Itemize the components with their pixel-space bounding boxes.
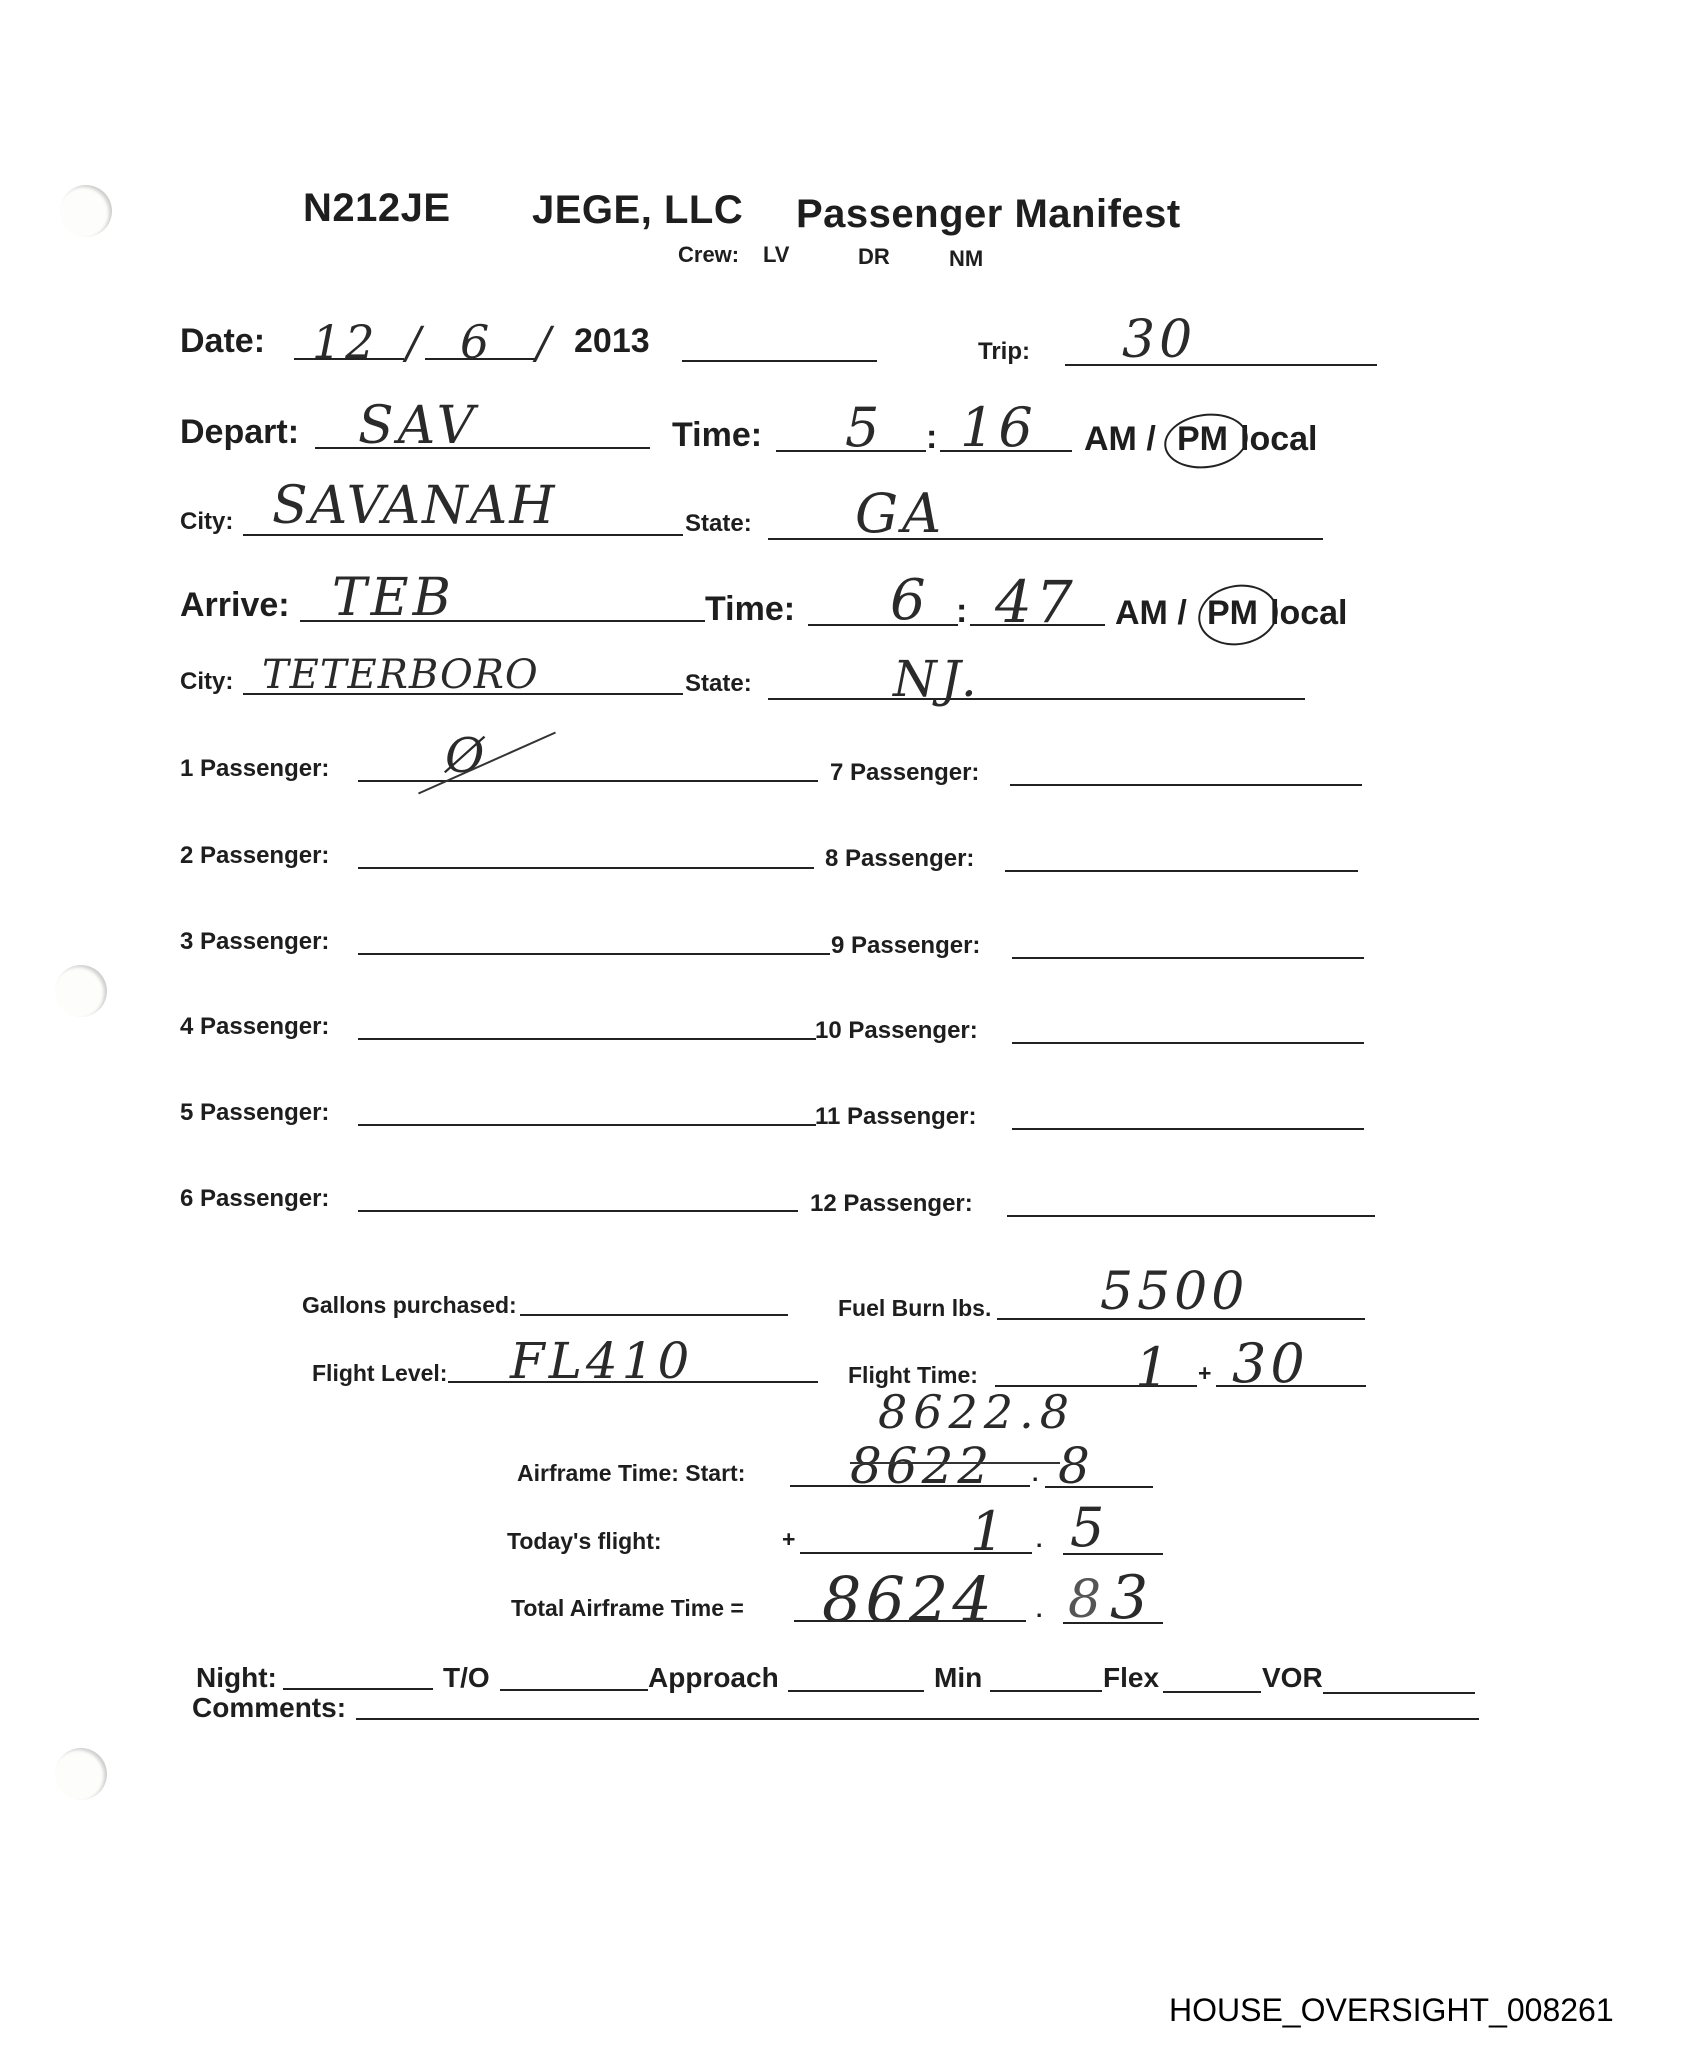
comments-field[interactable] <box>356 1718 1479 1720</box>
takeoff-field[interactable] <box>500 1689 648 1691</box>
gallons-purchased-label: Gallons purchased: <box>302 1292 517 1319</box>
passenger-11-field[interactable] <box>1012 1128 1364 1130</box>
trip-value: 30 <box>1122 310 1196 370</box>
depart-state-value: GA <box>855 482 945 545</box>
depart-am-option[interactable]: AM / <box>1084 420 1156 459</box>
form-title: Passenger Manifest <box>796 192 1181 237</box>
passenger-11-label: 11 Passenger: <box>815 1103 976 1131</box>
passenger-7-label: 7 Passenger: <box>830 759 979 787</box>
hole-punch-bottom <box>55 1748 107 1800</box>
todays-flight-label: Today's flight: <box>507 1528 662 1555</box>
passenger-9-field[interactable] <box>1012 957 1364 959</box>
crew-member-3: NM <box>949 246 983 272</box>
arrive-am-option[interactable]: AM / <box>1115 594 1187 633</box>
airframe-start-label: Airframe Time: Start: <box>517 1460 745 1487</box>
arrive-time-colon: : <box>956 592 967 631</box>
todays-flight-decimal-value: 5 <box>1070 1496 1108 1559</box>
date-separator-1: / <box>406 318 425 369</box>
approach-field[interactable] <box>788 1690 924 1692</box>
date-day-value: 6 <box>460 315 493 369</box>
airframe-start-whole-value: 8622 <box>850 1437 993 1495</box>
total-airframe-decimal-struck: 8 <box>1068 1570 1105 1630</box>
flight-time-hours-value: 1 <box>1135 1336 1173 1399</box>
passenger-9-label: 9 Passenger: <box>831 932 980 960</box>
passenger-1-label: 1 Passenger: <box>180 755 329 783</box>
airframe-start-dot: . <box>1032 1460 1038 1487</box>
company-name: JEGE, LLC <box>532 188 743 233</box>
depart-state-field[interactable] <box>768 538 1323 540</box>
arrive-time-label: Time: <box>705 590 795 629</box>
gallons-purchased-field[interactable] <box>520 1314 788 1316</box>
arrive-hour-field[interactable] <box>808 624 958 626</box>
total-airframe-label: Total Airframe Time = <box>511 1595 744 1622</box>
depart-pm-selected-circle <box>1161 408 1252 473</box>
arrive-city-label: City: <box>180 668 233 696</box>
arrive-city-value: TETERBORO <box>262 652 539 698</box>
passenger-1-field[interactable] <box>358 780 818 782</box>
night-label: Night: <box>196 1662 277 1694</box>
date-year-field[interactable] <box>682 360 877 362</box>
comments-label: Comments: <box>192 1692 346 1724</box>
passenger-1-value: Ø <box>445 728 488 784</box>
takeoff-label: T/O <box>443 1662 490 1694</box>
passenger-7-field[interactable] <box>1010 784 1362 786</box>
depart-minute-value: 16 <box>960 396 1037 459</box>
depart-local-label: local <box>1240 420 1317 459</box>
vor-field[interactable] <box>1323 1692 1475 1694</box>
passenger-8-label: 8 Passenger: <box>825 845 974 873</box>
arrive-state-field[interactable] <box>768 698 1305 700</box>
arrive-state-label: State: <box>685 670 752 698</box>
depart-time-colon: : <box>926 418 937 457</box>
passenger-12-label: 12 Passenger: <box>810 1190 973 1218</box>
total-airframe-decimal-value: 3 <box>1110 1563 1152 1633</box>
flight-level-label: Flight Level: <box>312 1360 447 1387</box>
passenger-10-label: 10 Passenger: <box>815 1017 978 1045</box>
trip-label: Trip: <box>978 338 1030 366</box>
flight-time-minutes-value: 30 <box>1232 1332 1309 1395</box>
total-airframe-dot: . <box>1036 1596 1042 1623</box>
vor-label: VOR <box>1262 1662 1323 1694</box>
fuel-burn-value: 5500 <box>1100 1262 1248 1322</box>
passenger-6-label: 6 Passenger: <box>180 1185 329 1213</box>
airframe-start-strikethrough <box>850 1462 1060 1464</box>
crew-member-1: LV <box>763 242 789 268</box>
depart-code-value: SAV <box>358 396 478 456</box>
hole-punch-middle <box>55 965 107 1017</box>
flex-field[interactable] <box>1163 1691 1261 1693</box>
airframe-start-correction: 8622.8 <box>878 1385 1075 1439</box>
fuel-burn-label: Fuel Burn lbs. <box>838 1295 991 1322</box>
passenger-8-field[interactable] <box>1005 870 1358 872</box>
min-label: Min <box>934 1662 982 1694</box>
passenger-4-field[interactable] <box>358 1038 816 1040</box>
date-year: 2013 <box>574 322 650 361</box>
total-airframe-whole-value: 8624 <box>822 1563 996 1636</box>
passenger-2-field[interactable] <box>358 867 814 869</box>
arrive-label: Arrive: <box>180 586 290 625</box>
depart-city-label: City: <box>180 508 233 536</box>
depart-time-label: Time: <box>672 416 762 455</box>
arrive-local-label: local <box>1270 594 1347 633</box>
crew-member-2: DR <box>858 244 890 270</box>
passenger-3-label: 3 Passenger: <box>180 928 329 956</box>
passenger-4-label: 4 Passenger: <box>180 1013 329 1041</box>
crew-label: Crew: <box>678 242 739 268</box>
passenger-10-field[interactable] <box>1012 1042 1364 1044</box>
flight-level-value: FL410 <box>510 1332 693 1390</box>
passenger-5-field[interactable] <box>358 1124 816 1126</box>
min-field[interactable] <box>990 1690 1102 1692</box>
todays-flight-plus: + <box>782 1526 795 1553</box>
arrive-state-value: NJ. <box>893 650 981 708</box>
arrive-minute-value: 47 <box>995 568 1077 636</box>
passenger-12-field[interactable] <box>1007 1215 1375 1217</box>
passenger-2-label: 2 Passenger: <box>180 842 329 870</box>
arrive-code-value: TEB <box>332 568 455 628</box>
hole-punch-top <box>60 185 112 237</box>
night-field[interactable] <box>283 1688 433 1690</box>
trip-field[interactable] <box>1065 364 1377 366</box>
tail-number: N212JE <box>303 186 451 231</box>
passenger-5-label: 5 Passenger: <box>180 1099 329 1127</box>
date-month-value: 12 <box>312 315 379 369</box>
approach-label: Approach <box>648 1662 779 1694</box>
depart-hour-value: 5 <box>845 396 883 459</box>
depart-state-label: State: <box>685 510 752 538</box>
date-separator-2: / <box>536 318 555 369</box>
airframe-start-decimal-value: 8 <box>1058 1437 1094 1495</box>
flight-time-plus: + <box>1198 1360 1211 1387</box>
depart-city-value: SAVANAH <box>272 476 557 536</box>
depart-label: Depart: <box>180 413 299 452</box>
bates-number: HOUSE_OVERSIGHT_008261 <box>1169 1992 1614 2029</box>
flex-label: Flex <box>1103 1662 1159 1694</box>
arrive-hour-value: 6 <box>890 568 930 633</box>
todays-flight-dot: . <box>1036 1526 1042 1553</box>
passenger-6-field[interactable] <box>358 1210 798 1212</box>
date-label: Date: <box>180 322 265 361</box>
todays-flight-whole-value: 1 <box>970 1500 1008 1563</box>
passenger-3-field[interactable] <box>358 953 830 955</box>
